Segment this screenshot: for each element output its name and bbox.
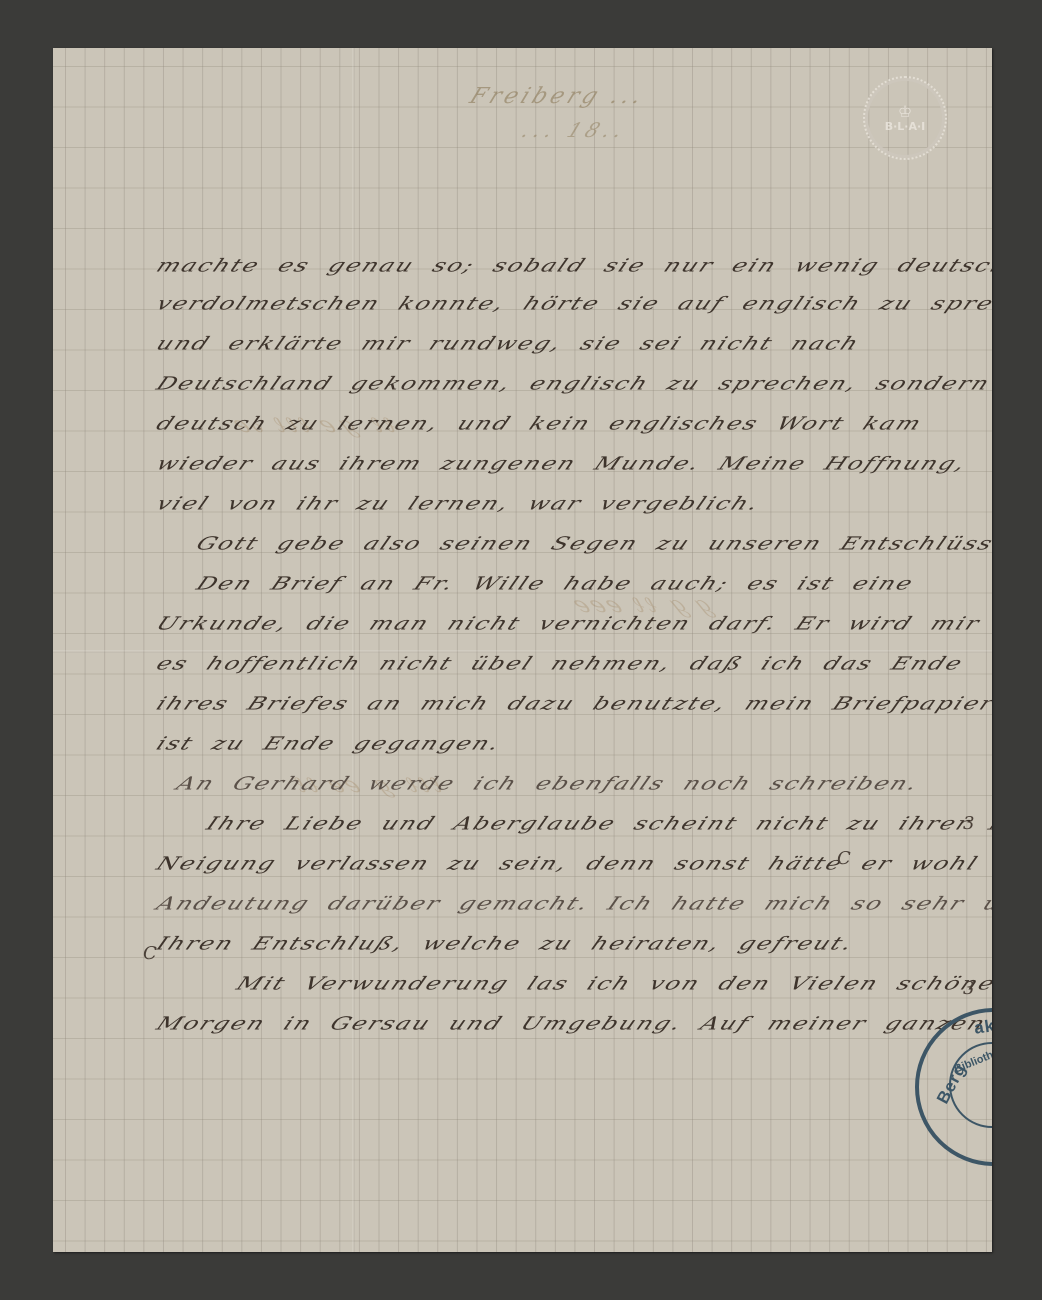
margin-mark: 3 — [963, 813, 974, 834]
seal-text: B·L·A·I — [885, 120, 926, 133]
letter-line: deutsch zu lernen, und kein englisches W… — [153, 413, 926, 434]
letter-line: verdolmetschen konnte, hörte sie auf eng… — [153, 293, 992, 314]
letter-line: wieder aus ihrem zungenen Munde. Meine H… — [153, 453, 971, 474]
letter-page: ℓℓ ℊℯ ℓℓℓ ℴℯ ℊℊ ℓℓ ℯℯℯ ℓℓℓ ℊ ℯℯ ℓℓ Freib… — [53, 48, 992, 1252]
letter-line: Ihre Liebe und Aberglaube scheint nicht … — [203, 813, 992, 834]
letter-line: viel von ihr zu lernen, war vergeblich. — [153, 493, 764, 514]
letter-line: Morgen in Gersau und Umgebung. Auf meine… — [153, 1013, 990, 1034]
letter-line: und erklärte mir rundweg, sie sei nicht … — [153, 333, 864, 354]
faint-heading-date: ... 18.. — [518, 118, 631, 142]
margin-mark: C — [837, 848, 851, 869]
margin-mark: C — [143, 943, 157, 964]
letter-line: es hoffentlich nicht übel nehmen, daß ic… — [153, 653, 967, 674]
embossed-seal: ♔ B·L·A·I — [863, 76, 947, 160]
faint-heading-place: Freiberg ... — [466, 84, 650, 109]
letter-line: Urkunde, die man nicht vernichten darf. … — [153, 613, 985, 634]
letter-line: Ihren Entschluß, welche zu heiraten, gef… — [153, 933, 858, 954]
letter-line: machte es genau so; sobald sie nur ein w… — [153, 255, 992, 276]
crown-icon: ♔ — [898, 104, 912, 120]
letter-line: An Gerhard werde ich ebenfalls noch schr… — [173, 773, 923, 794]
margin-mark: 3 — [963, 978, 974, 999]
stamp-top-text: akadem — [973, 1009, 992, 1038]
letter-line: Neigung verlassen zu sein, denn sonst hä… — [153, 853, 992, 874]
letter-line: ihres Briefes an mich dazu benutzte, mei… — [153, 693, 992, 714]
letter-line: Deutschland gekommen, englisch zu sprech… — [153, 373, 992, 394]
letter-line: Den Brief an Fr. Wille habe auch; es ist… — [193, 573, 918, 594]
letter-line: Andeutung darüber gemacht. Ich hatte mic… — [153, 893, 992, 914]
letter-line: ist zu Ende gegangen. — [153, 733, 505, 754]
letter-line: Mit Verwunderung las ich von den Vielen … — [233, 973, 992, 994]
letter-line: Gott gebe also seinen Segen zu unseren E… — [193, 533, 992, 554]
